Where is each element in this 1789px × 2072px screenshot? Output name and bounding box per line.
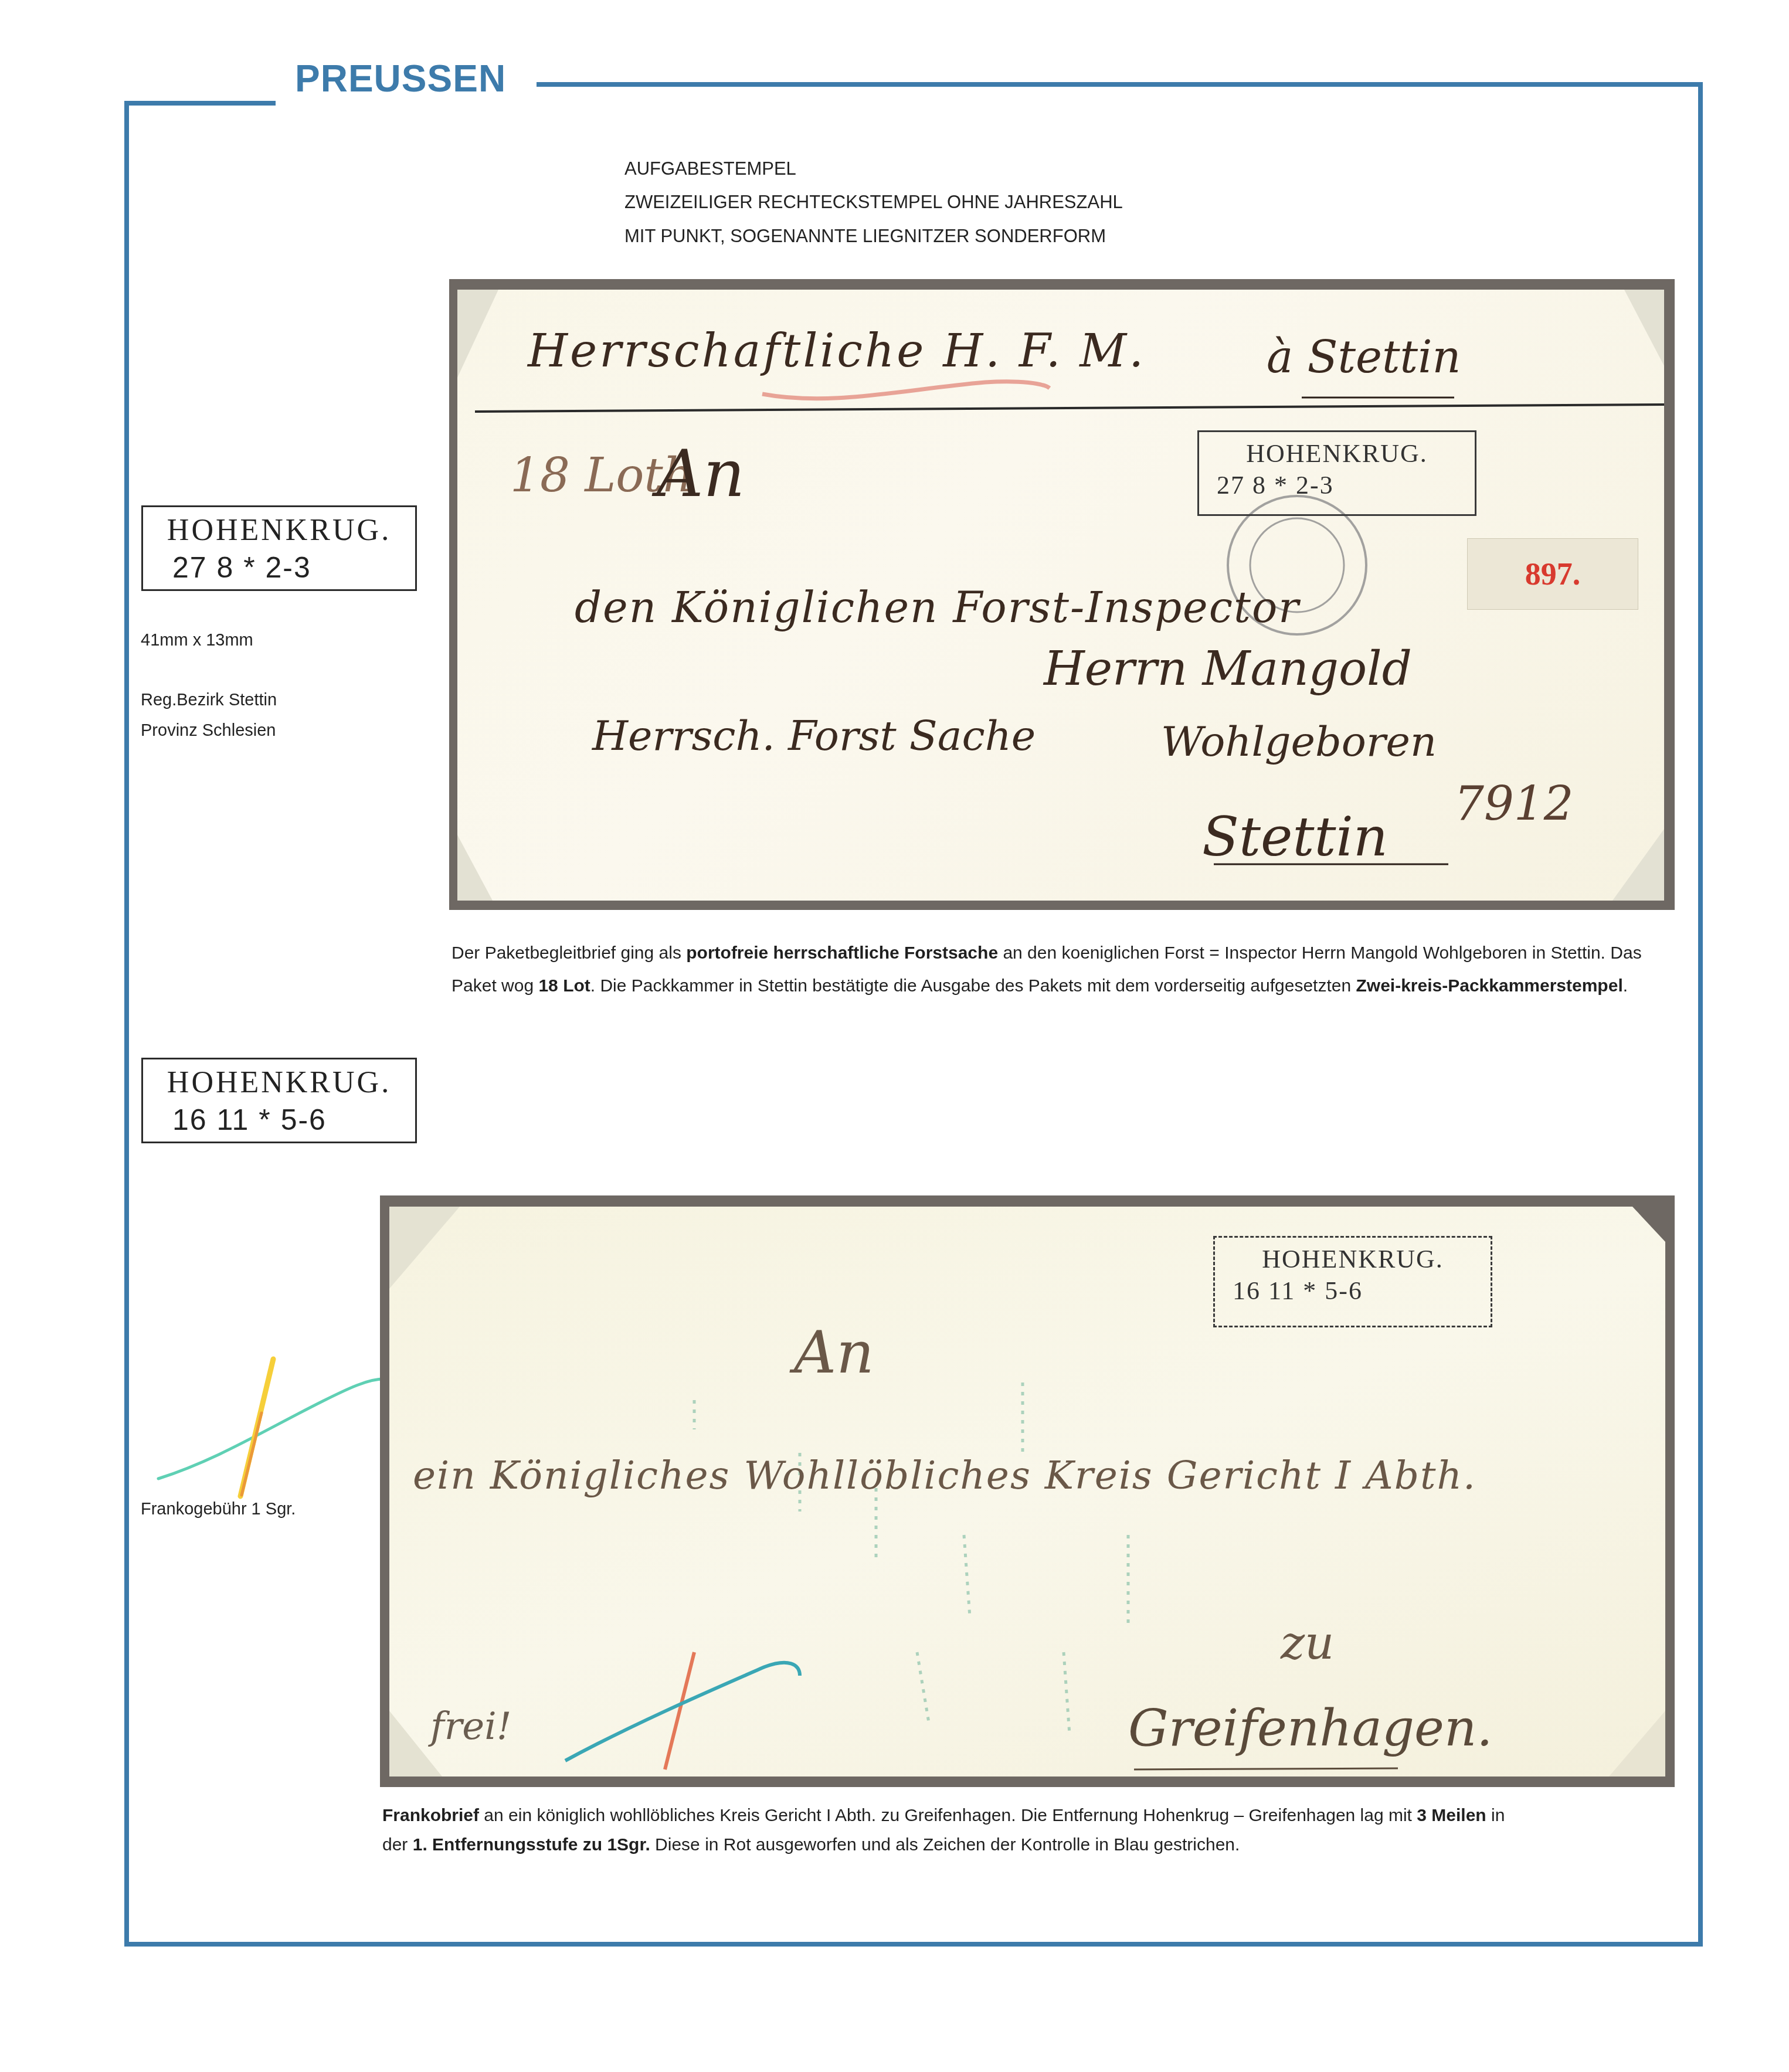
cover-2: An ein Königliches Wohllöbliches Kreis G… [389, 1207, 1665, 1777]
page-title: PREUSSEN [295, 56, 506, 101]
cover-1-caption: Der Paketbegleitbrief ging als portofrei… [452, 937, 1689, 1003]
cover-1-dest: Stettin [1202, 806, 1388, 868]
cover-2-address-3: zu [1281, 1617, 1334, 1670]
cover-2-stamp-town: HOHENKRUG. [1215, 1245, 1491, 1274]
header-line-3: MIT PUNKT, SOGENANNTE LIEGNITZER SONDERF… [624, 225, 1106, 248]
cover-1-note: 7912 [1454, 776, 1574, 831]
cover-2-frei: frei! [430, 1705, 511, 1748]
cover-1-address-3: Herrn Mangold [1044, 641, 1412, 696]
cover-2-caption-line-2: der 1. Entfernungsstufe zu 1Sgr. Diese i… [382, 1830, 1696, 1860]
caption-bold: portofreie herrschaftliche Forstsache [686, 943, 998, 963]
reference-stamp-1: HOHENKRUG. 27 8 * 2-3 [141, 505, 417, 591]
caption-bold: 3 Meilen [1417, 1806, 1486, 1825]
caption-text: in [1486, 1806, 1505, 1825]
frame-bottom [124, 1942, 1703, 1947]
cover-1-hohenkrug-stamp: HOHENKRUG. 27 8 * 2-3 [1197, 430, 1476, 516]
header-line-2: ZWEIZEILIGER RECHTECKSTEMPEL OHNE JAHRES… [624, 191, 1123, 214]
cover-2-caption-line-1: Frankobrief an ein königlich wohllöblich… [382, 1801, 1696, 1830]
reference-stamp-2: HOHENKRUG. 16 11 * 5-6 [141, 1058, 417, 1143]
stamp-province: Provinz Schlesien [141, 720, 276, 741]
cover-2-dest: Greifenhagen. [1128, 1699, 1493, 1758]
cover-1-top-dest: à Stettin [1267, 331, 1461, 383]
header-line-1: AUFGABESTEMPEL [624, 157, 796, 181]
frame-right [1698, 82, 1703, 1947]
cover-1-stamp-date: 27 8 * 2-3 [1217, 471, 1334, 500]
frame-top-left [124, 101, 276, 106]
caption-bold: Frankobrief [382, 1806, 479, 1825]
frame-left [124, 101, 129, 1947]
caption-text: . [1623, 976, 1628, 996]
caption-bold: 1. Entfernungsstufe zu 1Sgr. [413, 1835, 650, 1854]
stamp-district: Reg.Bezirk Stettin [141, 689, 277, 711]
cover-1-parcel-label: 897. [1467, 538, 1638, 610]
cover-2-stamp-date: 16 11 * 5-6 [1233, 1276, 1363, 1306]
cover-2-address-2: ein Königliches Wohllöbliches Kreis Geri… [413, 1453, 1476, 1498]
caption-text: Diese in Rot ausgeworfen und als Zeichen… [650, 1835, 1240, 1854]
caption-text: der [382, 1835, 413, 1854]
cover-1-address-1: An [657, 436, 745, 511]
fee-note: Frankogebühr 1 Sgr. [141, 1499, 296, 1520]
cover-1-address-2: den Königlichen Forst-Inspector [575, 583, 1300, 632]
cover-2-address-1: An [794, 1318, 874, 1387]
frame-top-right [537, 82, 1703, 87]
cover-2-caption: Frankobrief an ein königlich wohllöblich… [382, 1801, 1696, 1860]
cover-1-caption-text: Der Paketbegleitbrief ging als portofrei… [452, 937, 1689, 1003]
ref-stamp-1-town: HOHENKRUG. [143, 513, 415, 548]
caption-bold: 18 Lot [538, 976, 590, 996]
cover-1-sender: Herrsch. Forst Sache [592, 712, 1036, 760]
ref-stamp-1-date: 27 8 * 2-3 [172, 551, 311, 585]
cover-1: Herrschaftliche H. F. M. à Stettin 18 Lo… [457, 290, 1664, 901]
cover-1-stamp-town: HOHENKRUG. [1199, 439, 1475, 468]
cover-2-hohenkrug-stamp: HOHENKRUG. 16 11 * 5-6 [1213, 1236, 1492, 1327]
caption-text: Der Paketbegleitbrief ging als [452, 943, 686, 963]
cover-1-top-line: Herrschaftliche H. F. M. [528, 325, 1146, 378]
fee-cross-mark-icon [147, 1343, 393, 1507]
caption-text: an ein königlich wohllöbliches Kreis Ger… [479, 1806, 1417, 1825]
stamp-size: 41mm x 13mm [141, 630, 253, 651]
ref-stamp-2-date: 16 11 * 5-6 [172, 1103, 327, 1137]
caption-text: . Die Packkammer in Stettin bestätigte d… [590, 976, 1356, 996]
caption-bold: Zwei-​kreis-Packkammerstempel [1356, 976, 1622, 996]
ref-stamp-2-town: HOHENKRUG. [143, 1065, 415, 1100]
cover-1-address-4: Wohlgeboren [1161, 718, 1437, 766]
cover-1-label-number: 897. [1525, 556, 1581, 592]
